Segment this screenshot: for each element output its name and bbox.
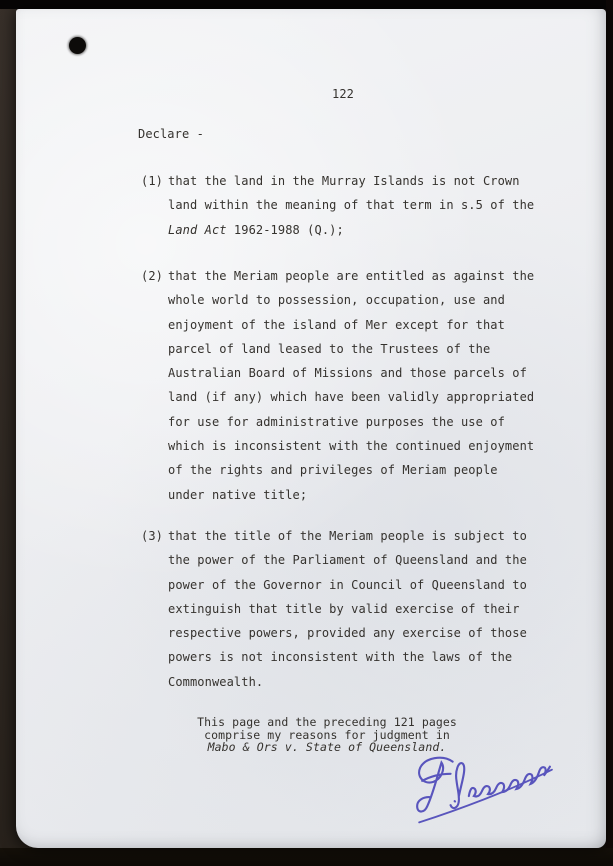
- scanner-top-edge: [0, 0, 613, 9]
- statute-citation: Land Act: [168, 223, 227, 237]
- clause-1: (1) that the land in the Murray Islands …: [141, 169, 543, 242]
- clause-1-marker: (1): [141, 169, 168, 193]
- scanner-right-edge: [606, 0, 613, 866]
- clause-3: (3) that the title of the Meriam people …: [141, 524, 543, 694]
- clause-2-text: that the Meriam people are entitled as a…: [168, 264, 543, 507]
- closing-note: This page and the preceding 121 pages co…: [117, 716, 537, 754]
- statute-citation-rest: 1962-1988 (Q.);: [227, 223, 344, 237]
- punch-hole: [69, 37, 86, 54]
- clause-1-line-1: that the land in the Murray Islands is n…: [168, 169, 543, 193]
- clause-2: (2) that the Meriam people are entitled …: [141, 264, 543, 507]
- clause-2-marker: (2): [141, 264, 168, 288]
- clause-1-line-2: land within the meaning of that term in …: [168, 193, 543, 217]
- signature-strokes: [417, 758, 552, 823]
- closing-note-line-1: This page and the preceding 121 pages: [117, 716, 537, 729]
- signature-monogram: [417, 758, 452, 812]
- document-page: 122 Declare - (1) that the land in the M…: [16, 9, 606, 848]
- clause-3-marker: (3): [141, 524, 168, 548]
- clause-1-text: that the land in the Murray Islands is n…: [168, 169, 543, 242]
- declaration-heading: Declare -: [138, 122, 204, 146]
- scan-backdrop: 122 Declare - (1) that the land in the M…: [0, 0, 613, 866]
- signature-script: [469, 767, 550, 797]
- clause-1-line-3: Land Act 1962-1988 (Q.);: [168, 218, 543, 242]
- brennan-signature: [406, 750, 558, 834]
- page-number: 122: [332, 82, 354, 106]
- signature-f-loop: [451, 763, 465, 808]
- scanner-bottom-edge: [0, 848, 613, 866]
- clause-3-text: that the title of the Meriam people is s…: [168, 524, 543, 694]
